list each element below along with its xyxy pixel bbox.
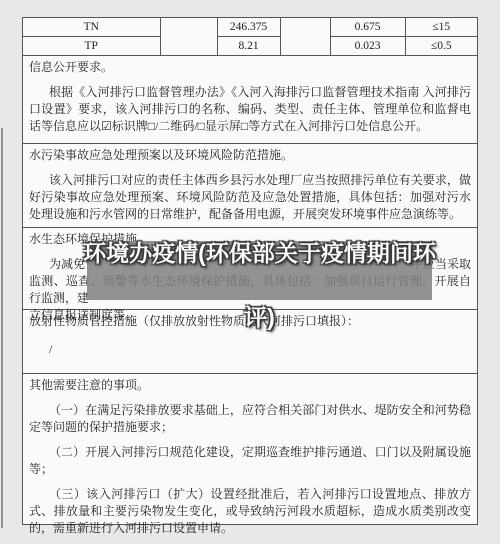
other-notes-item-2: （二）开展入河排污口规范化建设，定期巡查维护排污通道、口门以及附属设施等； (29, 444, 471, 478)
tp-value-2: 0.023 (330, 37, 405, 56)
section-title-info-disclosure: 信息公开要求。 (29, 59, 471, 76)
scanned-document-page: { "colors": { "page_bg": "#e9e7e7", "pap… (0, 0, 500, 544)
tn-limit: ≤15 (405, 18, 477, 37)
section-pollution-accident: 水污染事故应急处理预案以及环境风险防范措施。 该入河排污口对应的责任主体西乡县污… (23, 143, 477, 227)
watermark-title-line2: 评) (244, 304, 275, 330)
table-row-tn: TN 246.375 0.675 ≤15 (23, 18, 477, 37)
section-body-info-disclosure: 根据《入河排污口监督管理办法》《入河入海排污口监督管理技术指南 入河排污口设置》… (29, 84, 471, 135)
water-ecology-line1-left: 为减免 (49, 256, 85, 273)
tp-value-1: 8.21 (217, 37, 280, 56)
scan-edge-artifact (1, 128, 3, 528)
section-title-other-notes: 其他需要注意的事项。 (29, 377, 471, 394)
section-title-pollution-accident: 水污染事故应急处理预案以及环境风险防范措施。 (29, 147, 471, 164)
monitoring-values-table: TN 246.375 0.675 ≤15 TP 8.21 0.023 ≤0.5 (23, 18, 477, 56)
param-name-tp: TP (23, 37, 160, 56)
radioactive-body-slash: / (29, 341, 471, 358)
tn-value-2: 0.675 (330, 18, 405, 37)
table-row-tp: TP 8.21 0.023 ≤0.5 (23, 37, 477, 56)
section-info-disclosure: 信息公开要求。 根据《入河排污口监督管理办法》《入河入海排污口监督管理技术指南 … (23, 56, 477, 143)
tp-limit: ≤0.5 (405, 37, 477, 56)
merged-empty-cell-1 (160, 18, 217, 56)
merged-empty-cell-2 (280, 18, 330, 56)
watermark-title-line1: 环境办疫情(环保部关于疫情期间环 (83, 240, 436, 266)
watermark-overlay: 环境办疫情(环保部关于疫情期间环 评) (87, 241, 432, 300)
other-notes-item-1: （一）在满足污染排放要求基础上，应符合相关部门对供水、堤防安全和河势稳定等问题的… (29, 402, 471, 436)
watermark-title: 环境办疫情(环保部关于疫情期间环 评) (81, 237, 438, 333)
tn-value-1: 246.375 (217, 18, 280, 37)
section-other-notes: 其他需要注意的事项。 （一）在满足污染排放要求基础上，应符合相关部门对供水、堤防… (23, 373, 477, 526)
other-notes-item-3: （三）该入河排污口（扩大）设置经批准后，若入河排污口设置地点、排放方式、排放量和… (29, 486, 471, 537)
param-name-tn: TN (23, 18, 160, 37)
section-body-pollution-accident: 该入河排污口对应的责任主体西乡县污水处理厂应当按照排污单位有关要求，做好污染事故… (29, 172, 471, 223)
